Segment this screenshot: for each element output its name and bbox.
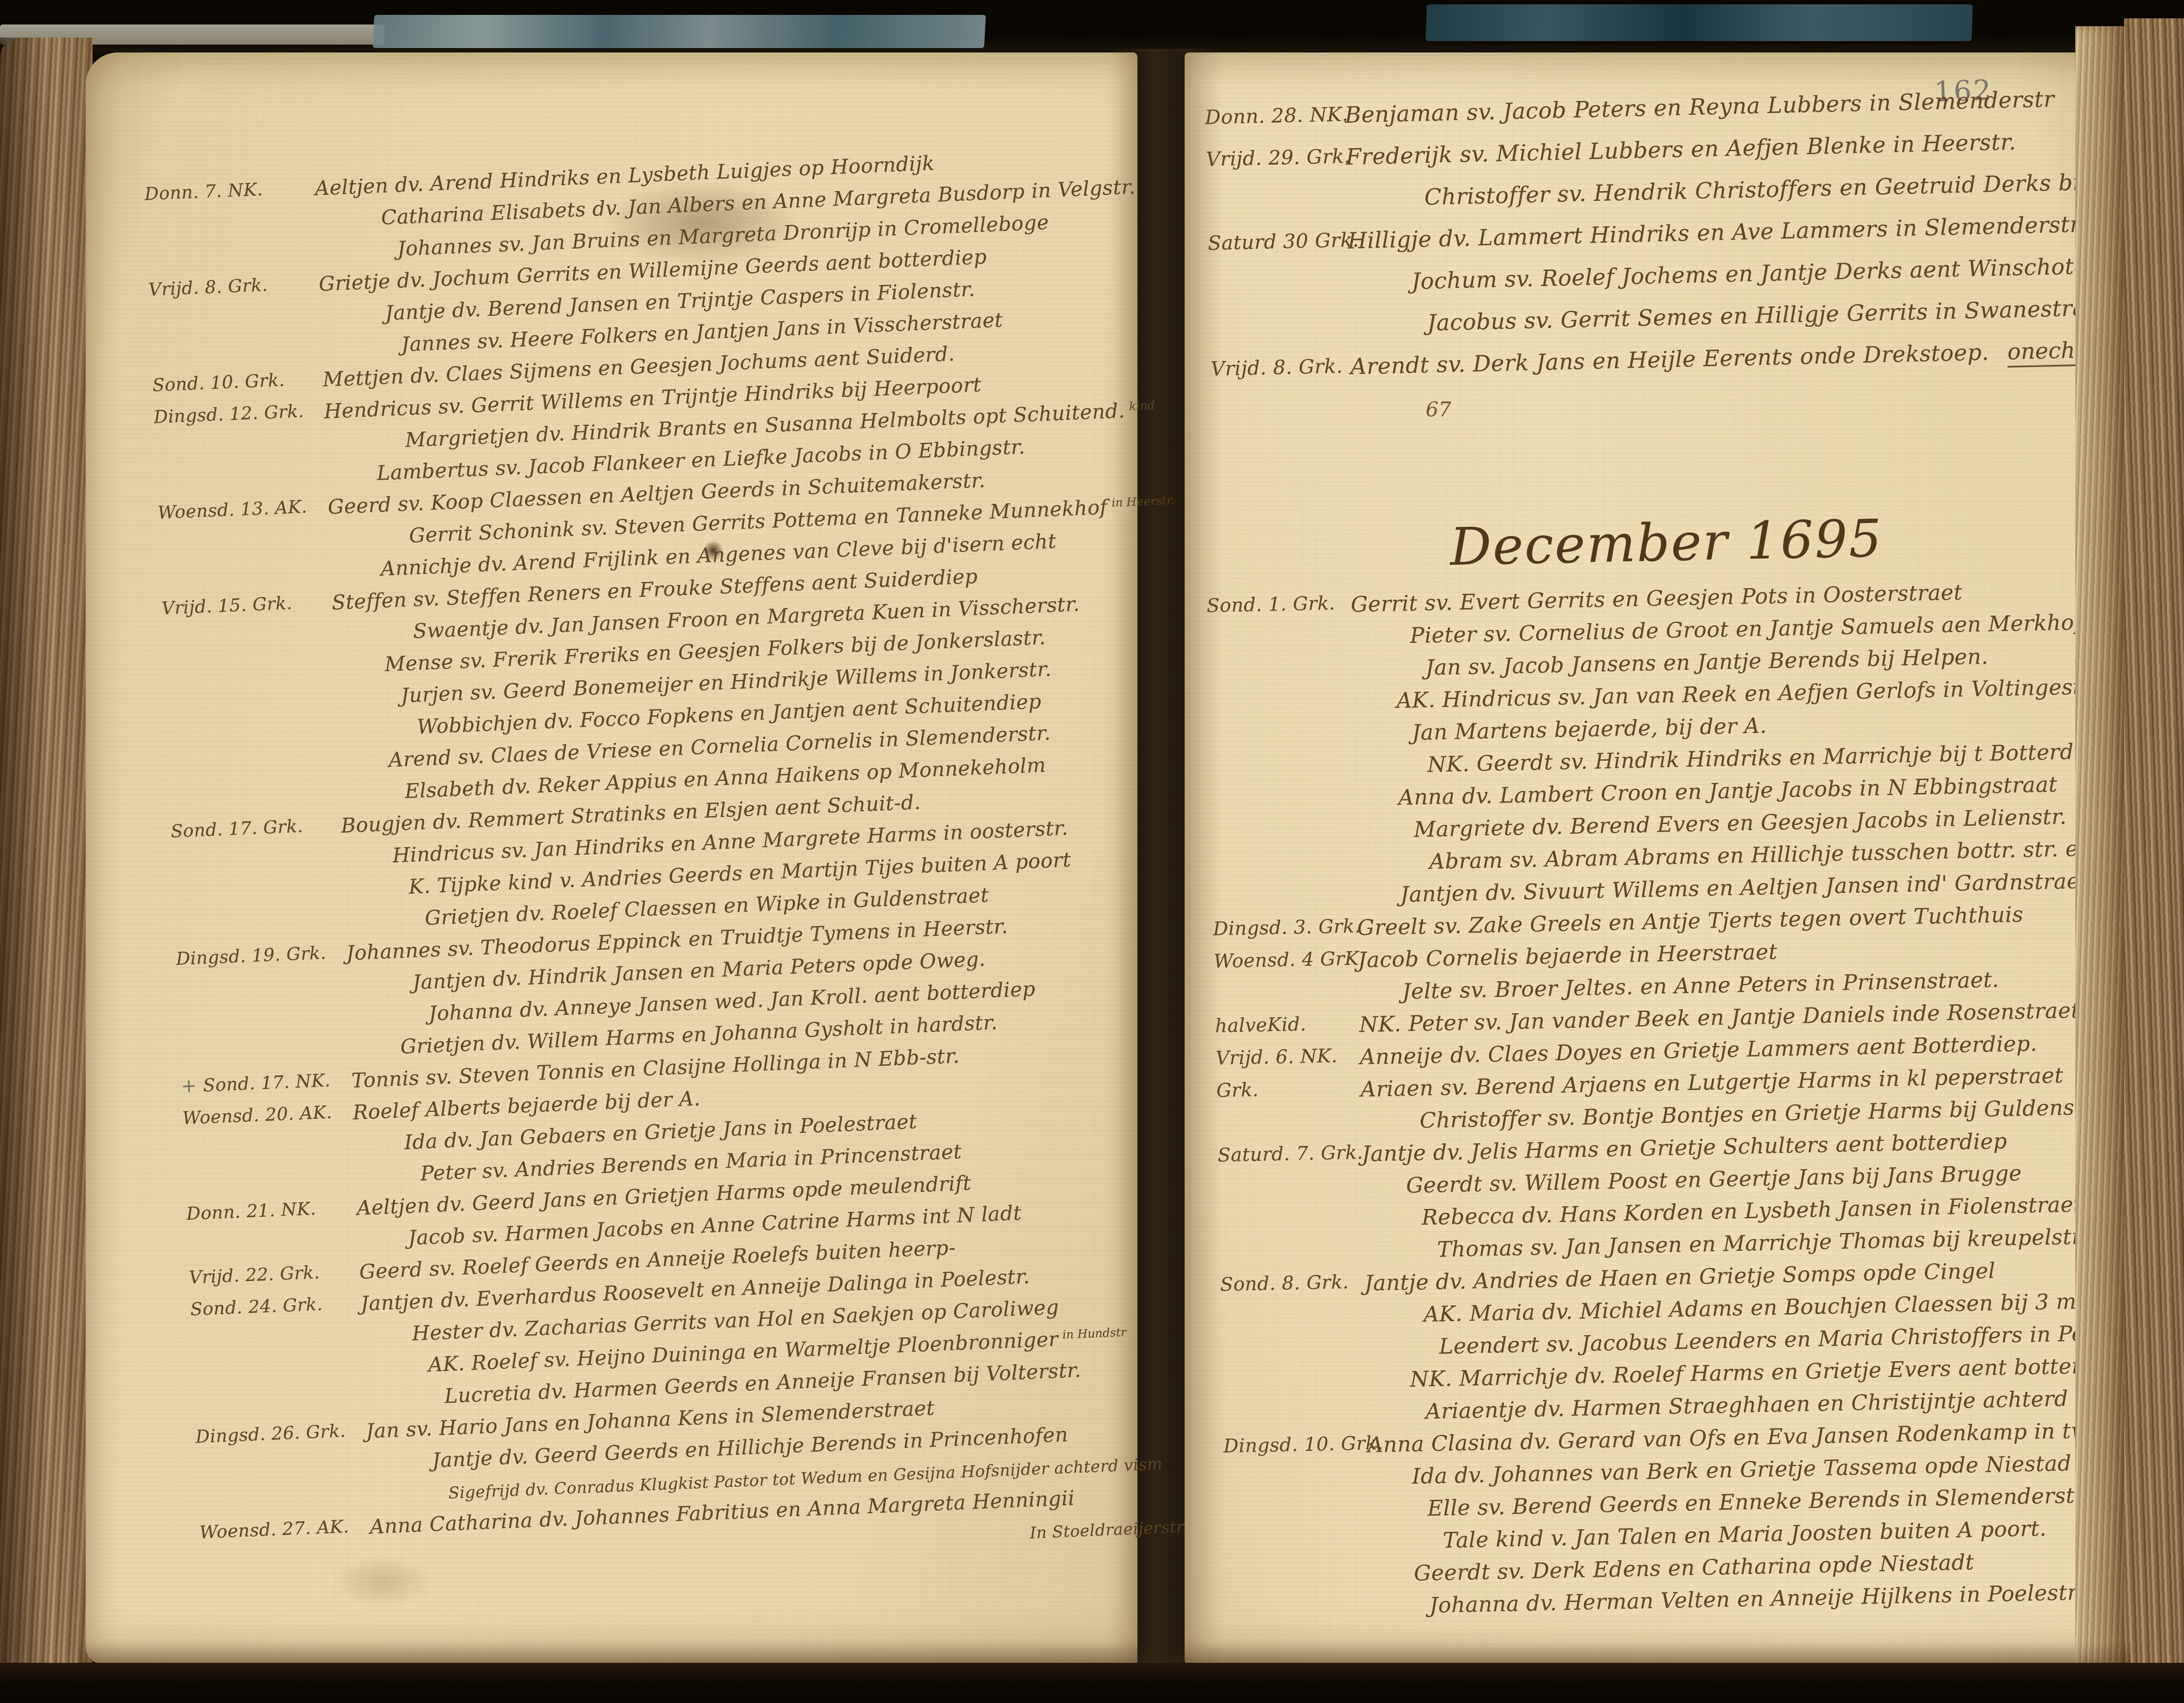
entry-day-label: Vrijd. 8. Grk. — [148, 274, 268, 300]
entry-day-label: Woensd. 4 GrK. — [1213, 948, 1365, 973]
book-scan: Donn. 7. NK.Aeltjen dv. Arend Hindriks e… — [0, 0, 2184, 1703]
torn-page-edges — [2075, 26, 2128, 1679]
binding-marble-strip — [373, 15, 986, 48]
entry-day-label: Vrijd. 8. Grk. — [1210, 354, 1343, 381]
superscript-note: in Heerstr. — [1111, 494, 1175, 510]
entry-text: Gerrit sv. Evert Gerrits en Geesjen Pots… — [1351, 580, 1963, 617]
entry-day-label: Dingsd. 10. Grk. — [1223, 1432, 1384, 1457]
entry-text: In Stoeldraeijerstr. — [1029, 1517, 1188, 1543]
superscript-note: kind — [1129, 398, 1155, 413]
page-edge-stack-right — [2124, 18, 2184, 1686]
page-edge-stack-left — [0, 38, 93, 1675]
marginal-number: 67 — [1426, 398, 1451, 421]
binding-top-band — [0, 0, 2184, 52]
entry-day-label: Sond. 1. Grk. — [1206, 592, 1335, 617]
superscript-note: in Hundstr — [1062, 1326, 1127, 1342]
right-page-december-entries: December 1695Sond. 1. Grk.Gerrit sv. Eve… — [1205, 492, 2162, 1629]
right-page-november-entries: Donn. 28. NK.Benjaman sv. Jacob Peters e… — [1205, 84, 2146, 399]
entry-day-label: Saturd. 7. Grk. — [1217, 1142, 1363, 1166]
pencil-cross-mark: + — [181, 1075, 197, 1097]
entry-day-label: Sond. 8. Grk. — [1220, 1271, 1349, 1296]
entry-day-label: Grk. — [1216, 1079, 1259, 1102]
month-heading: December 1695 — [1449, 503, 2140, 577]
entry-text: Benjaman sv. Jacob Peters en Reyna Lubbe… — [1344, 87, 2055, 128]
entry-day-label: Vrijd. 29. Grk. — [1206, 144, 1351, 171]
entry-day-label: Donn. 7. NK. — [144, 179, 263, 204]
onecht-note: onecht — [2007, 337, 2084, 367]
binding-marble-strip — [1426, 4, 1973, 41]
entry-day-label: halveKid. — [1215, 1014, 1306, 1037]
entry-day-label: Vrijd. 6. NK. — [1216, 1045, 1338, 1070]
right-page: 162 Donn. 28. NK.Benjaman sv. Jacob Pete… — [1185, 52, 2133, 1665]
entry-day-label: Dingsd. 3. Grk. — [1213, 915, 1361, 940]
entry-day-label: Saturd 30 Grk. — [1208, 228, 1359, 255]
entry-day-label: Donn. 28. NK. — [1205, 103, 1349, 129]
binding-bottom-band — [0, 1663, 2184, 1703]
left-page: Donn. 7. NK.Aeltjen dv. Arend Hindriks e… — [86, 52, 1137, 1665]
left-page-register-text: Donn. 7. NK.Aeltjen dv. Arend Hindriks e… — [144, 142, 1214, 1585]
